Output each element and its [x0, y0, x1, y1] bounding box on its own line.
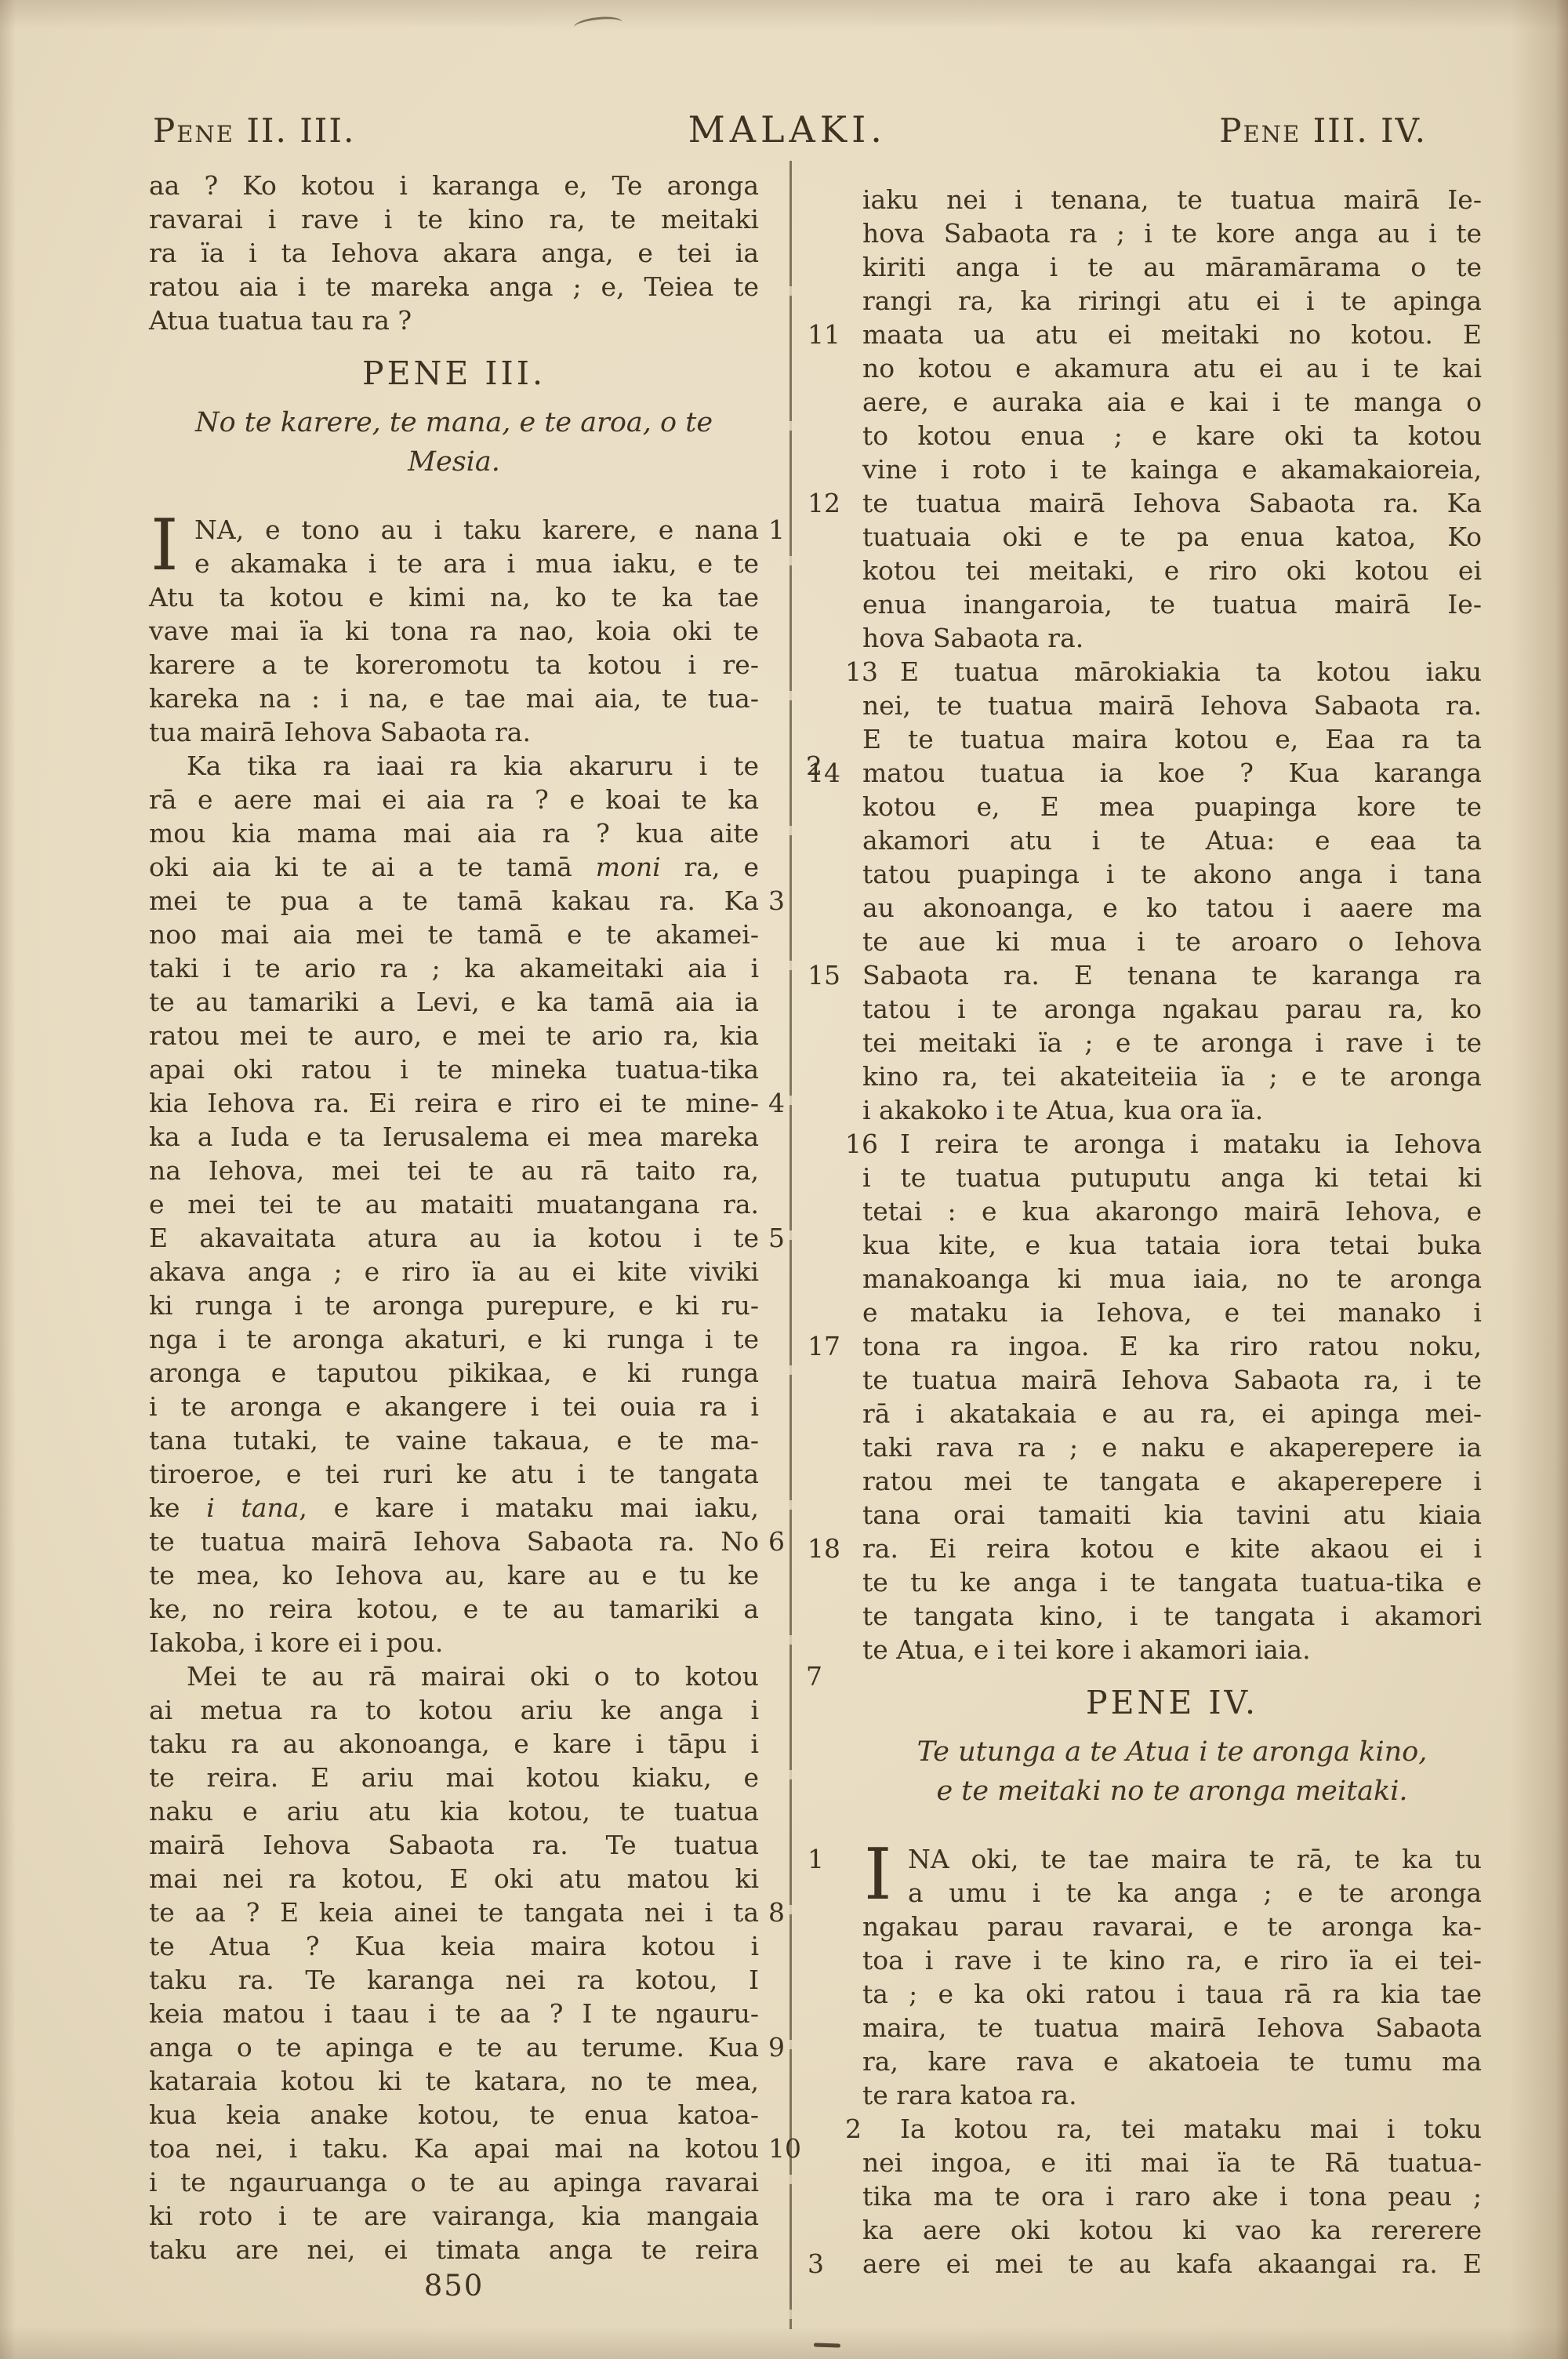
text-line: apai oki ratou i te mineka tuatua-tika [149, 1052, 759, 1086]
text-line: karere a te koreromotu ta kotou i re- [149, 648, 759, 682]
text-line: ka a Iuda e ta Ierusalema ei mea mareka [149, 1120, 759, 1154]
text-line: no kotou e akamura atu ei au i te kai [862, 351, 1482, 385]
text-line: kino ra, tei akateiteiia ïa ; e te arong… [862, 1060, 1482, 1093]
text-line: mairā Iehova Sabaota ra. Te tuatua [149, 1828, 759, 1862]
text-line: akava anga ; e riro ïa au ei kite viviki [149, 1255, 759, 1289]
text-line: te Atua, e i tei kore i akamori iaia. [862, 1633, 1482, 1667]
text-line: rangi ra, ka riringi atu ei i te apinga [862, 284, 1482, 318]
text-line: ai metua ra to kotou ariu ke anga i [149, 1693, 759, 1727]
text-line: toa i rave i te kino ra, e riro ïa ei te… [862, 1943, 1482, 1977]
text-line: ratou mei te auro, e mei te ario ra, kia [149, 1019, 759, 1052]
text-line: te rara katoa ra. [862, 2078, 1482, 2112]
verse-number: 2 [808, 2112, 844, 2146]
verse-number: 1 [768, 513, 804, 547]
verse-number: 18 [808, 1532, 844, 1565]
paragraph: Mei te au rā mairai oki o to kotou7ai me… [149, 1659, 759, 2266]
verse-number: 10 [768, 2132, 804, 2165]
text-line: maata ua atu ei meitaki no kotou. E11 [862, 318, 1482, 351]
text-line: Iakoba, i kore ei i pou. [149, 1626, 759, 1659]
text-line: i te aronga e akangere i tei ouia ra i [149, 1390, 759, 1423]
text-line: ravarai i rave i te kino ra, te meitaki [149, 202, 759, 236]
verse-number: 2 [768, 749, 804, 783]
text-line: NA oki, te tae maira te rā, te ka tu1 [862, 1842, 1482, 1876]
text-line: Ia kotou ra, tei mataku mai i toku2 [862, 2112, 1482, 2146]
text-line: aere ei mei te au kafa akaangai ra. E3 [862, 2247, 1482, 2281]
subtitle-line: Te utunga a te Atua i te aronga kino, [862, 1732, 1482, 1772]
text-line: iaku nei i tenana, te tuatua mairā Ie- [862, 183, 1482, 216]
text-line: kiriti anga i te au māramārama o te [862, 250, 1482, 284]
paragraph: I reira te aronga i mataku ia Iehova16i … [862, 1127, 1482, 1667]
text-line: tana tutaki, te vaine takaua, e te ma- [149, 1423, 759, 1457]
text-line: aa ? Ko kotou i karanga e, Te aronga [149, 169, 759, 202]
text-line: tua mairā Iehova Sabaota ra. [149, 715, 759, 749]
text-line: ki runga i te aronga purepure, e ki ru- [149, 1289, 759, 1322]
text-line: tiroeroe, e tei ruri ke atu i te tangata [149, 1457, 759, 1491]
subtitle-line: No te karere, te mana, e te aroa, o te [149, 403, 759, 442]
paragraph: Ia kotou ra, tei mataku mai i toku2nei i… [862, 2112, 1482, 2281]
text-line: E akavaitata atura au ia kotou i te5 [149, 1221, 759, 1255]
chapter-heading: PENE III. [149, 354, 759, 392]
text-line: ratou aia i te mareka anga ; e, Teiea te [149, 270, 759, 304]
text-line: maira, te tuatua mairā Iehova Sabaota [862, 2011, 1482, 2045]
text-line: anga o te apinga e te au terume. Kua9 [149, 2030, 759, 2064]
text-line: oki aia ki te ai a te tamā moni ra, e [149, 850, 759, 884]
text-line: to kotou enua ; e kare oki ta kotou [862, 419, 1482, 453]
text-line: mou kia mama mai aia ra ? kua aite [149, 816, 759, 850]
text-line: mei te pua a te tamā kakau ra. Ka3 [149, 884, 759, 918]
text-line: te aa ? E keia ainei te tangata nei i ta… [149, 1896, 759, 1929]
text-line: hova Sabaota ra. [862, 621, 1482, 655]
verse-number: 3 [808, 2247, 844, 2281]
text-line: kotou e, E mea puapinga kore te [862, 790, 1482, 823]
text-line: te reira. E ariu mai kotou kiaku, e [149, 1761, 759, 1794]
chapter-subtitle: Te utunga a te Atua i te aronga kino,e t… [862, 1732, 1482, 1811]
text-line: tatou puapinga i te akono anga i tana [862, 857, 1482, 891]
verse-number: 13 [808, 655, 844, 689]
text-line: taku ra. Te karanga nei ra kotou, I [149, 1963, 759, 1997]
text-line: ki roto i te are vairanga, kia mangaia [149, 2199, 759, 2233]
paragraph: E tuatua mārokiakia ta kotou iaku13nei, … [862, 655, 1482, 1127]
text-line: na Iehova, mei tei te au rā taito ra, [149, 1154, 759, 1187]
text-line: taki i te ario ra ; ka akameitaki aia i [149, 951, 759, 985]
text-line: kua kite, e kua tataia iora tetai buka [862, 1228, 1482, 1262]
text-line: te mea, ko Iehova au, kare au e tu ke [149, 1558, 759, 1592]
text-line: Mei te au rā mairai oki o to kotou7 [149, 1659, 759, 1693]
text-line: nei ingoa, e iti mai ïa te Rā tuatua- [862, 2146, 1482, 2179]
right-text-column: iaku nei i tenana, te tuatua mairā Ie-ho… [862, 0, 1482, 2281]
text-line: ke i tana, e kare i mataku mai iaku, [149, 1491, 759, 1525]
text-line: enua inangaroia, te tuatua mairā Ie- [862, 587, 1482, 621]
text-line: Sabaota ra. E tenana te karanga ra15 [862, 958, 1482, 992]
text-line: i te ngauruanga o te au apinga ravarai [149, 2165, 759, 2199]
verse-number: 5 [768, 1221, 804, 1255]
verse-number: 15 [808, 958, 844, 992]
verse-number: 16 [808, 1127, 844, 1161]
book-page-scan: Pene II. III. MALAKI. Pene III. IV. aa ?… [0, 0, 1568, 2359]
text-line: ra. Ei reira kotou e kite akaou ei i18 [862, 1532, 1482, 1565]
verse-number: 4 [768, 1086, 804, 1120]
text-line: kia Iehova ra. Ei reira e riro ei te min… [149, 1086, 759, 1120]
text-line: rā i akatakaia e au ra, ei apinga mei- [862, 1397, 1482, 1430]
verse-number: 6 [768, 1525, 804, 1558]
text-line: aere, e auraka aia e kai i te manga o [862, 385, 1482, 419]
text-line: tei meitaki ïa ; e te aronga i rave i te [862, 1026, 1482, 1060]
text-line: kataraia kotou ki te katara, no te mea, [149, 2064, 759, 2098]
verse-number: 12 [808, 486, 844, 520]
text-line: vine i roto i te kainga e akamakaioreia, [862, 453, 1482, 486]
left-text-column: aa ? Ko kotou i karanga e, Te arongarava… [149, 0, 759, 2266]
text-line: taku are nei, ei timata anga te reira [149, 2233, 759, 2266]
text-line: te tuatua mairā Iehova Sabaota ra. No6 [149, 1525, 759, 1558]
verse-number: 11 [808, 318, 844, 351]
text-line: ratou mei te tangata e akaperepere i [862, 1464, 1482, 1498]
text-line: te tuatua mairā Iehova Sabaota ra, i te [862, 1363, 1482, 1397]
text-line: tana orai tamaiti kia tavini atu kiaia [862, 1498, 1482, 1532]
text-line: au akonoanga, e ko tatou i aaere ma [862, 891, 1482, 925]
paragraph: INA, e tono au i taku karere, e nana1e a… [149, 513, 759, 749]
text-line: ra ïa i ta Iehova akara anga, e tei ia [149, 236, 759, 270]
verse-number: 1 [808, 1842, 844, 1876]
text-line: NA, e tono au i taku karere, e nana1 [149, 513, 759, 547]
text-line: e mataku ia Iehova, e tei manako i [862, 1296, 1482, 1329]
text-line: e mei tei te au mataiti muatangana ra. [149, 1187, 759, 1221]
text-line: ra, kare rava e akatoeia te tumu ma [862, 2045, 1482, 2078]
text-line: te Atua ? Kua keia maira kotou i [149, 1929, 759, 1963]
text-line: kotou tei meitaki, e riro oki kotou ei [862, 554, 1482, 587]
text-line: tatou i te aronga ngakau parau ra, ko [862, 992, 1482, 1026]
subtitle-line: e te meitaki no te aronga meitaki. [862, 1772, 1482, 1811]
text-line: te tangata kino, i te tangata i akamori [862, 1599, 1482, 1633]
paragraph: Ka tika ra iaai ra kia akaruru i te2rā e… [149, 749, 759, 1659]
verse-number: 3 [768, 884, 804, 918]
page-number: 850 [149, 2269, 759, 2303]
text-line: akamori atu i te Atua: e eaa ta [862, 823, 1482, 857]
text-line: naku e ariu atu kia kotou, te tuatua [149, 1794, 759, 1828]
subtitle-line: Mesia. [149, 442, 759, 482]
text-line: a umu i te ka anga ; e te aronga [862, 1876, 1482, 1910]
text-line: ngakau parau ravarai, e te aronga ka- [862, 1910, 1482, 1943]
text-line: nga i te aronga akaturi, e ki runga i te [149, 1322, 759, 1356]
text-line: te tuatua mairā Iehova Sabaota ra. Ka12 [862, 486, 1482, 520]
text-line: Atu ta kotou e kimi na, ko te ka tae [149, 580, 759, 614]
text-line: manakoanga ki mua iaia, no te aronga [862, 1262, 1482, 1296]
ink-mark-icon [814, 2343, 840, 2347]
text-line: te au tamariki a Levi, e ka tamā aia ia [149, 985, 759, 1019]
verse-number: 8 [768, 1896, 804, 1929]
text-line: rā e aere mai ei aia ra ? e koai te ka [149, 783, 759, 816]
paragraph: INA oki, te tae maira te rā, te ka tu1a … [862, 1842, 1482, 2112]
text-line: tika ma te ora i raro ake i tona peau ; [862, 2179, 1482, 2213]
text-line: E te tuatua maira kotou e, Eaa ra ta [862, 722, 1482, 756]
text-line: keia matou i taau i te aa ? I te ngauru- [149, 1997, 759, 2030]
text-line: taki rava ra ; e naku e akaperepere ia [862, 1430, 1482, 1464]
chapter-heading: PENE IV. [862, 1684, 1482, 1721]
text-line: tuatuaia oki e te pa enua katoa, Ko [862, 520, 1482, 554]
verse-number: 17 [808, 1329, 844, 1363]
text-line: ka aere oki kotou ki vao ka rererere [862, 2213, 1482, 2247]
verse-number: 7 [768, 1659, 804, 1693]
text-line: toa nei, i taku. Ka apai mai na kotou10 [149, 2132, 759, 2165]
text-line: mai nei ra kotou, E oki atu matou ki [149, 1862, 759, 1896]
text-line: te aue ki mua i te aroaro o Iehova [862, 925, 1482, 958]
text-line: Ka tika ra iaai ra kia akaruru i te2 [149, 749, 759, 783]
text-line: i te tuatua putuputu anga ki tetai ki [862, 1161, 1482, 1194]
paragraph: aa ? Ko kotou i karanga e, Te arongarava… [149, 169, 759, 337]
text-line: nei, te tuatua mairā Iehova Sabaota ra. [862, 689, 1482, 722]
text-line: ta ; e ka oki ratou i taua rā ra kia tae [862, 1977, 1482, 2011]
text-line: i akakoko i te Atua, kua ora ïa. [862, 1093, 1482, 1127]
text-line: tetai : e kua akarongo mairā Iehova, e [862, 1194, 1482, 1228]
text-line: aronga e taputou pikikaa, e ki runga [149, 1356, 759, 1390]
text-line: I reira te aronga i mataku ia Iehova16 [862, 1127, 1482, 1161]
text-line: Atua tuatua tau ra ? [149, 304, 759, 337]
text-line: hova Sabaota ra ; i te kore anga au i te [862, 216, 1482, 250]
chapter-subtitle: No te karere, te mana, e te aroa, o teMe… [149, 403, 759, 482]
text-line: kua keia anake kotou, te enua katoa- [149, 2098, 759, 2132]
verse-number: 9 [768, 2030, 804, 2064]
text-line: ke, no reira kotou, e te au tamariki a [149, 1592, 759, 1626]
verse-number: 14 [808, 756, 844, 790]
text-line: tona ra ingoa. E ka riro ratou noku,17 [862, 1329, 1482, 1363]
text-line: vave mai ïa ki tona ra nao, koia oki te [149, 614, 759, 648]
text-line: kareka na : i na, e tae mai aia, te tua- [149, 682, 759, 715]
text-line: e akamaka i te ara i mua iaku, e te [149, 547, 759, 580]
text-line: E tuatua mārokiakia ta kotou iaku13 [862, 655, 1482, 689]
text-line: noo mai aia mei te tamā e te akamei- [149, 918, 759, 951]
text-line: taku ra au akonoanga, e kare i tāpu i [149, 1727, 759, 1761]
text-line: matou tuatua ia koe ? Kua karanga14 [862, 756, 1482, 790]
paragraph: iaku nei i tenana, te tuatua mairā Ie-ho… [862, 183, 1482, 655]
text-line: te tu ke anga i te tangata tuatua-tika e [862, 1565, 1482, 1599]
